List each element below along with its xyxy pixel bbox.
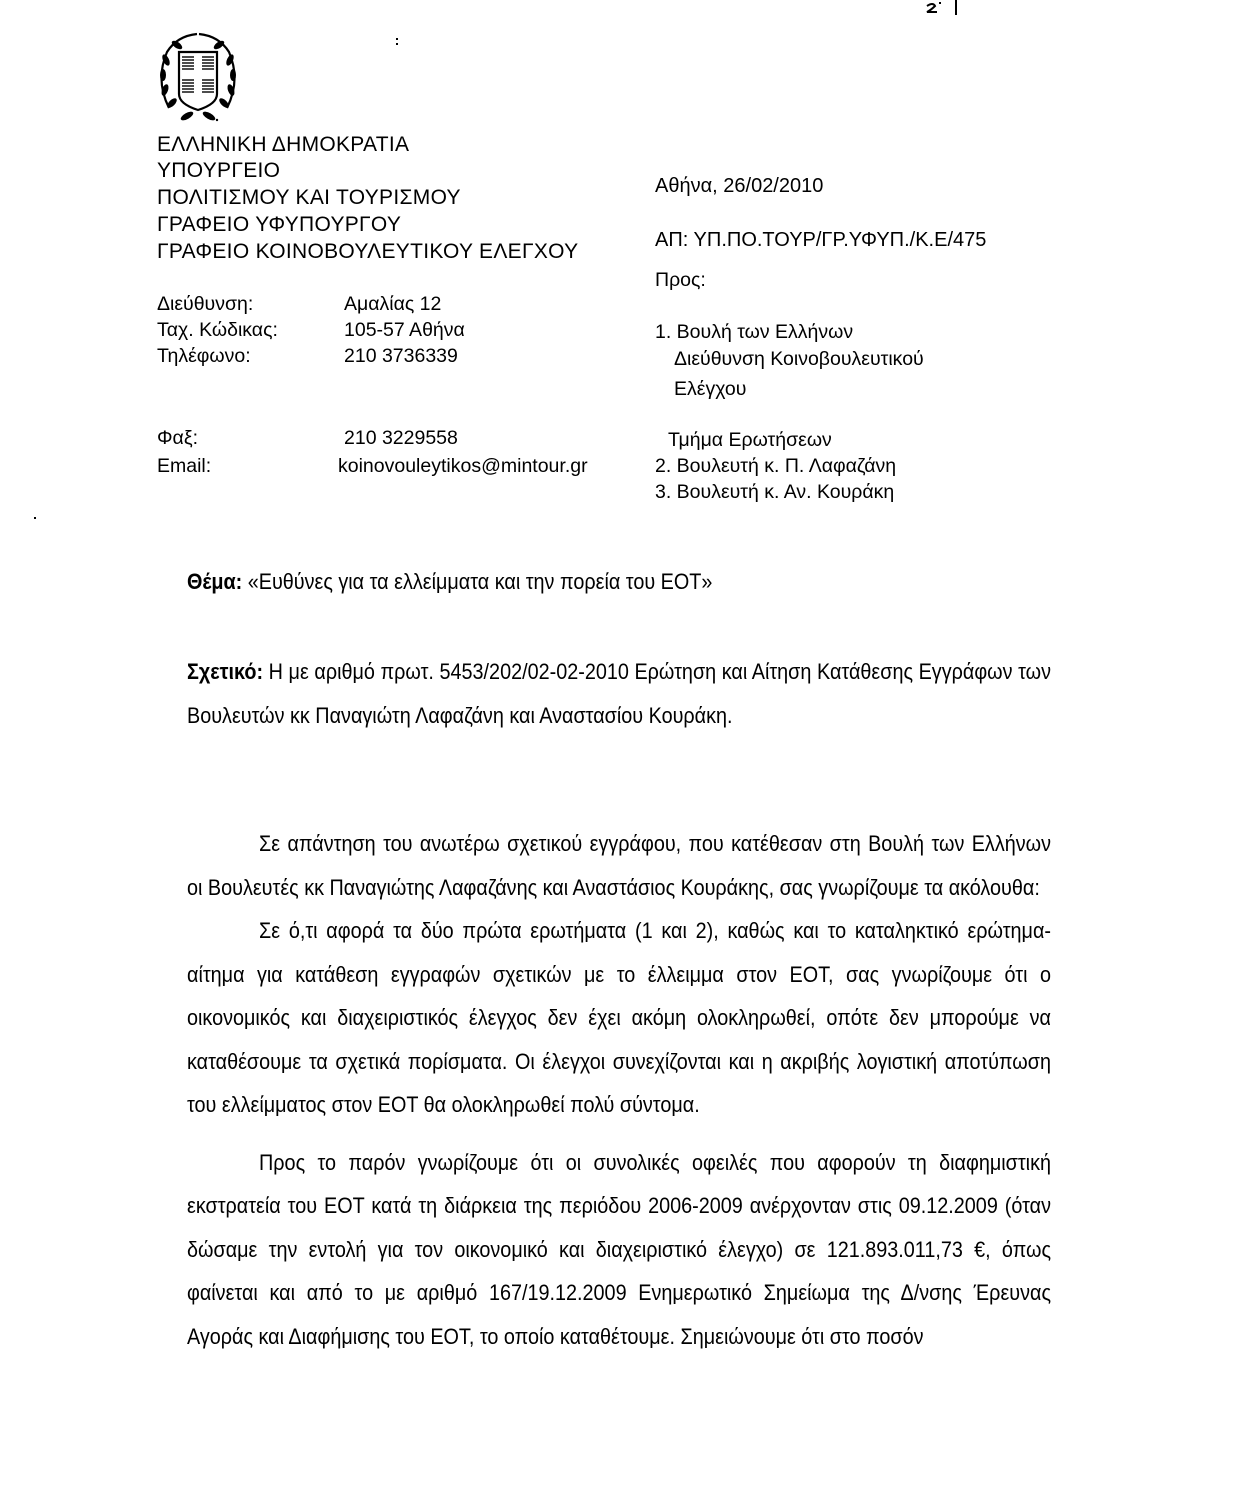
reference-label: Σχετικό: [187, 659, 263, 684]
recipient-1-department-cont: Ελέγχου [674, 377, 746, 402]
scan-speck [34, 517, 36, 519]
recipient-1: 1. Βουλή των Ελλήνων [655, 320, 853, 345]
phone-label: Τηλέφωνο: [157, 344, 251, 369]
reference-block: Σχετικό: Η με αριθμό πρωτ. 5453/202/02-0… [187, 650, 1051, 737]
coat-of-arms-icon [157, 30, 239, 122]
subject-line: Θέμα: «Ευθύνες για τα ελλείμματα και την… [187, 560, 1051, 604]
org-line-deputy-office: ΓΡΑΦΕΙΟ ΥΦΥΠΟΥΡΓΟΥ [157, 212, 401, 238]
postal-code-label: Ταχ. Κώδικας: [157, 318, 278, 343]
org-line-ministry: ΥΠΟΥΡΓΕΙΟ [157, 158, 280, 184]
org-line-culture-tourism: ΠΟΛΙΤΙΣΜΟΥ ΚΑΙ ΤΟΥΡΙΣΜΟΥ [157, 185, 461, 211]
protocol-number: ΑΠ: ΥΠ.ΠΟ.ΤΟΥΡ/ΓΡ.ΥΦΥΠ./Κ.Ε/475 [655, 228, 986, 253]
fax-value: 210 3229558 [344, 426, 458, 451]
reference-text: Η με αριθμό πρωτ. 5453/202/02-02-2010 Ερ… [187, 659, 1051, 728]
recipient-1-department: Διεύθυνση Κοινοβουλευτικού [674, 347, 924, 372]
body-content: Σε απάντηση του ανωτέρω σχετικού εγγράφο… [187, 822, 1051, 1358]
postal-code-value: 105-57 Αθήνα [344, 318, 465, 343]
org-line-parliamentary-control: ΓΡΑΦΕΙΟ ΚΟΙΝΟΒΟΥΛΕΥΤΙΚΟΥ ΕΛΕΓΧΟΥ [157, 239, 578, 265]
recipients-label: Προς: [655, 268, 706, 293]
address-label: Διεύθυνση: [157, 292, 253, 317]
subject-label: Θέμα: [187, 569, 242, 594]
recipient-3: 3. Βουλευτή κ. Αν. Κουράκη [655, 480, 894, 505]
org-line-republic: ΕΛΛΗΝΙΚΗ ΔΗΜΟΚΡΑΤΙΑ [157, 132, 409, 158]
phone-value: 210 3736339 [344, 344, 458, 369]
scan-speck [396, 38, 398, 40]
handwritten-page-mark [925, 0, 965, 16]
recipient-1-section: Τμήμα Ερωτήσεων [668, 428, 832, 453]
email-label: Email: [157, 454, 211, 479]
scan-speck [396, 43, 398, 45]
document-date: Αθήνα, 26/02/2010 [655, 174, 823, 199]
paragraph-response-intro: Σε απάντηση του ανωτέρω σχετικού εγγράφο… [187, 822, 1051, 909]
fax-label: Φαξ: [157, 426, 198, 451]
subject-text: «Ευθύνες για τα ελλείμματα και την πορεί… [242, 569, 712, 594]
paragraph-debts-summary: Προς το παρόν γνωρίζουμε ότι οι συνολικέ… [187, 1141, 1051, 1359]
paragraph-audit-status: Σε ό,τι αφορά τα δύο πρώτα ερωτήματα (1 … [187, 909, 1051, 1127]
address-value: Αμαλίας 12 [344, 292, 441, 317]
recipient-2: 2. Βουλευτή κ. Π. Λαφαζάνη [655, 454, 896, 479]
email-value[interactable]: koinovouleytikos@mintour.gr [338, 454, 588, 479]
